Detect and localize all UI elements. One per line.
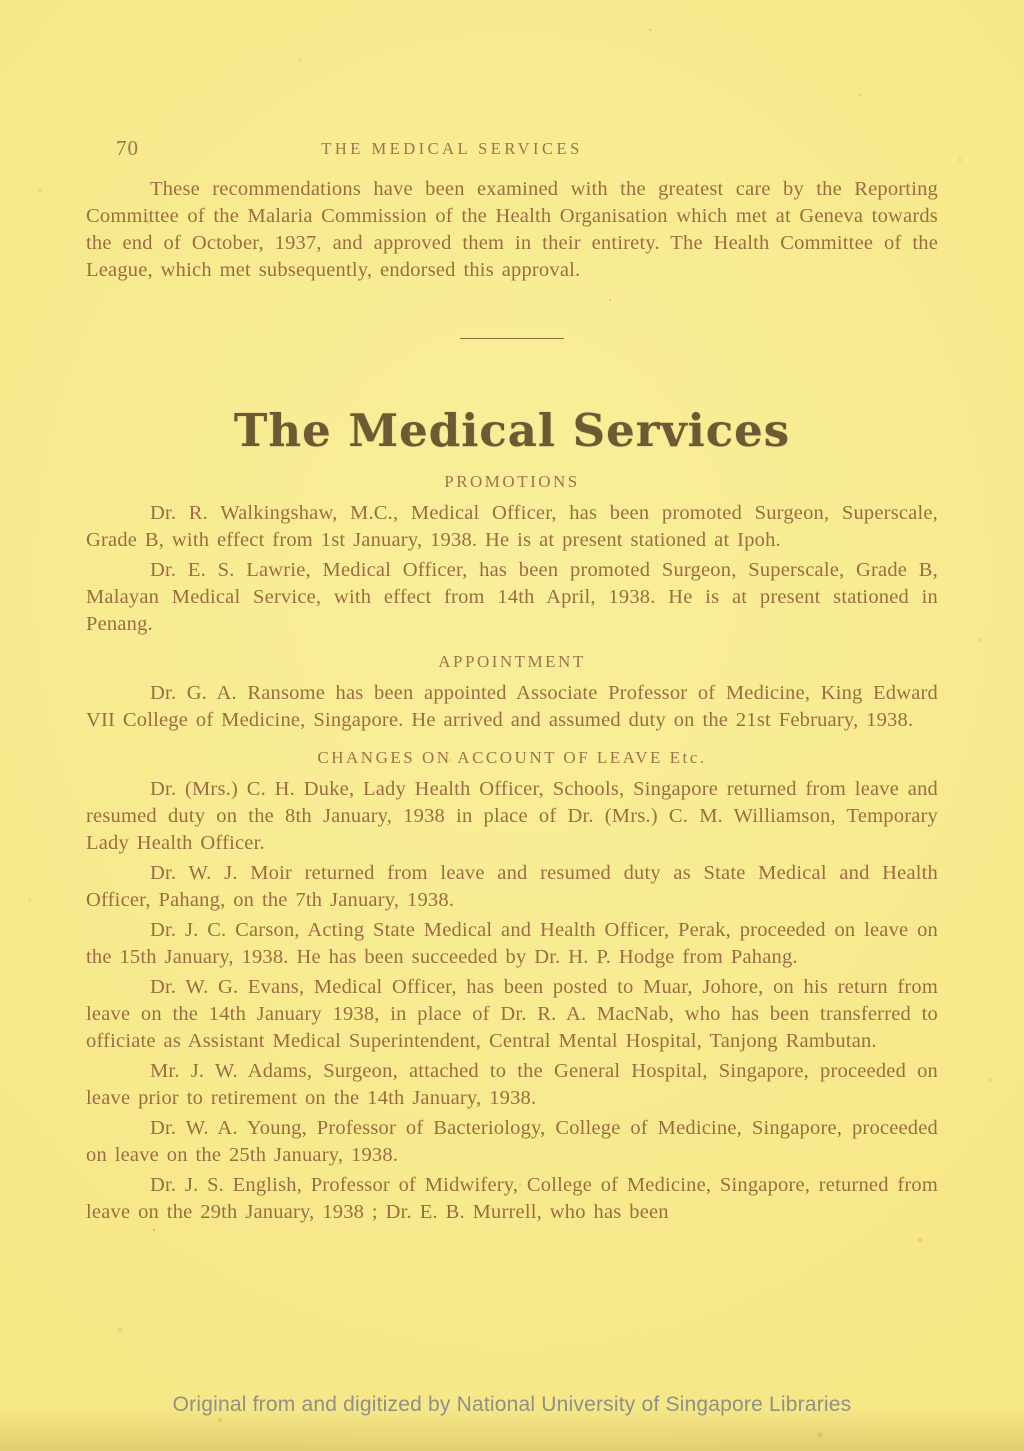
- paragraph-carson: Dr. J. C. Carson, Acting State Medical a…: [86, 917, 938, 971]
- paragraph-ransome: Dr. G. A. Ransome has been appointed Ass…: [86, 680, 938, 734]
- paragraph-duke: Dr. (Mrs.) C. H. Duke, Lady Health Offic…: [86, 776, 938, 857]
- intro-paragraph: These recommendations have been examined…: [86, 176, 938, 284]
- section-heading-promotions: PROMOTIONS: [86, 472, 938, 492]
- section-heading-appointment: APPOINTMENT: [86, 652, 938, 672]
- page-content: These recommendations have been examined…: [86, 176, 938, 1229]
- section-heading-changes-on-leave: CHANGES ON ACCOUNT OF LEAVE Etc.: [86, 748, 938, 768]
- page-number: 70: [116, 136, 139, 161]
- paragraph-evans: Dr. W. G. Evans, Medical Officer, has be…: [86, 974, 938, 1055]
- paragraph-moir: Dr. W. J. Moir returned from leave and r…: [86, 860, 938, 914]
- paragraph-adams: Mr. J. W. Adams, Surgeon, attached to th…: [86, 1058, 938, 1112]
- section-divider-rule: [460, 338, 564, 339]
- paragraph-lawrie: Dr. E. S. Lawrie, Medical Officer, has b…: [86, 557, 938, 638]
- paragraph-young: Dr. W. A. Young, Professor of Bacteriolo…: [86, 1115, 938, 1169]
- paragraph-walkingshaw: Dr. R. Walkingshaw, M.C., Medical Office…: [86, 500, 938, 554]
- scanned-book-page: 70 THE MEDICAL SERVICES These recommenda…: [0, 0, 1024, 1451]
- document-title: The Medical Services: [86, 405, 938, 457]
- running-head: 70 THE MEDICAL SERVICES: [0, 136, 1024, 162]
- running-header-title: THE MEDICAL SERVICES: [321, 139, 582, 159]
- paragraph-english: Dr. J. S. English, Professor of Midwifer…: [86, 1172, 938, 1226]
- footer-credit: Original from and digitized by National …: [0, 1392, 1024, 1418]
